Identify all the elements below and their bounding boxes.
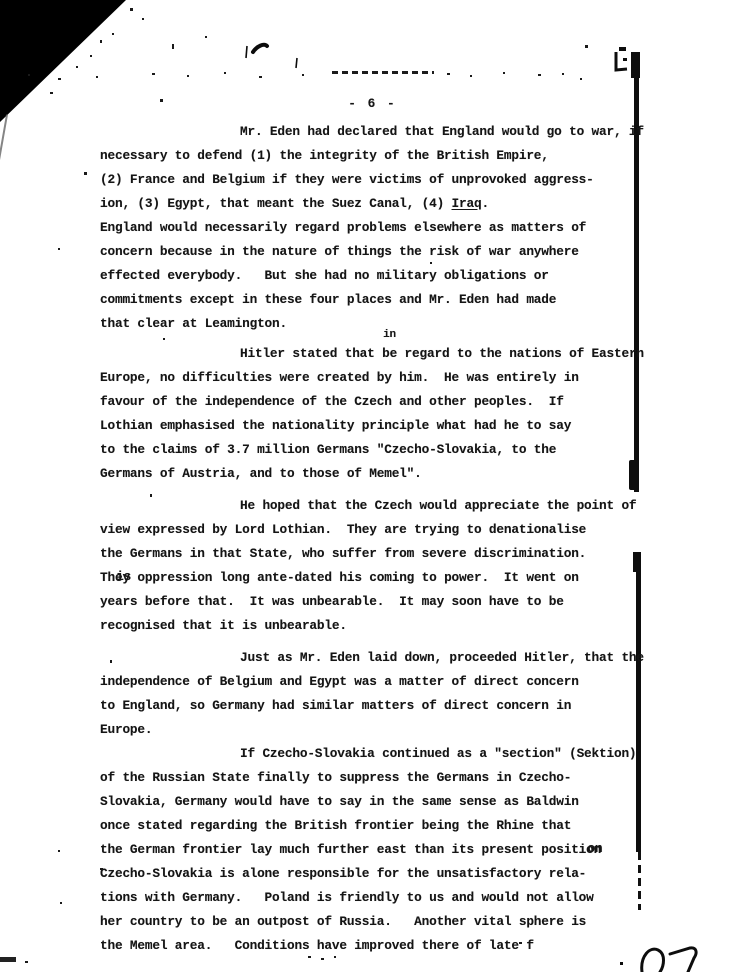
text-line: view expressed by Lord Lothian. They are… (100, 518, 645, 542)
text-line: Czecho-Slovakia is alone responsible for… (100, 862, 645, 886)
page-number: - 6 - (100, 92, 645, 116)
binding-edge-artifact (631, 52, 640, 78)
typewritten-text: - 6 - Mr. Eden had declared that England… (100, 92, 645, 958)
text-line: (2) France and Belgium if they were vict… (100, 168, 645, 192)
text-line: commitments except in these four places … (100, 288, 645, 312)
text-line: of the Russian State finally to suppress… (100, 766, 645, 790)
text-line: once stated regarding the British fronti… (100, 814, 645, 838)
text-line: Hitler stated that inbe regard to the na… (100, 342, 645, 366)
text-line: the German frontier lay much further eas… (100, 838, 645, 862)
text-line: tions with Germany. Poland is friendly t… (100, 886, 645, 910)
text-line: years before that. It was unbearable. It… (100, 590, 645, 614)
text-line: Germans of Austria, and to those of Meme… (100, 462, 645, 486)
text-line: that clear at Leamington. (100, 312, 645, 336)
text-line: Lothian emphasised the nationality princ… (100, 414, 645, 438)
text-line: He hoped that the Czech would appreciate… (100, 494, 645, 518)
text-line: necessary to defend (1) the integrity of… (100, 144, 645, 168)
text-line: independence of Belgium and Egypt was a … (100, 670, 645, 694)
paragraph-czech-denationalise: He hoped that the Czech would appreciate… (100, 494, 645, 638)
paragraph-direct-concern: Just as Mr. Eden laid down, proceeded Hi… (100, 646, 645, 742)
text-line: to England, so Germany had similar matte… (100, 694, 645, 718)
text-line: ion, (3) Egypt, that meant the Suez Cana… (100, 192, 645, 216)
text-line: Mr. Eden had declared that England would… (100, 120, 645, 144)
pen-squiggle-mark (240, 38, 304, 72)
corner-fold-fringe (0, 114, 8, 171)
text-line: England would necessarily regard problem… (100, 216, 645, 240)
bottom-edge-mark (0, 957, 16, 962)
underlined-word: Iraq (452, 196, 482, 211)
typed-correction: inbe (382, 342, 397, 366)
scanned-document-page: { "doc": { "page_number": "- 6 -", "p1":… (0, 0, 750, 972)
text-line: effected everybody. But she had no milit… (100, 264, 645, 288)
text-line: favour of the independence of the Czech … (100, 390, 645, 414)
text-line: concern because in the nature of things … (100, 240, 645, 264)
text-line: recognised that it is unbearable. (100, 614, 645, 638)
stamp-e-mark (610, 44, 634, 76)
paragraph-czecho-slovakia-frontier: If Czecho-Slovakia continued as a "secti… (100, 742, 645, 958)
dotted-line-artifact (332, 71, 434, 74)
text-line: Europe, no difficulties were created by … (100, 366, 645, 390)
text-line: her country to be an outpost of Russia. … (100, 910, 645, 934)
text-line: If Czecho-Slovakia continued as a "secti… (100, 742, 645, 766)
paragraph-hitler-eastern-europe: Hitler stated that inbe regard to the na… (100, 342, 645, 486)
typed-overstrike: onon (586, 838, 601, 862)
text-line: Europe. (100, 718, 645, 742)
text-line: Slovakia, Germany would have to say in t… (100, 790, 645, 814)
text-line: the Germans in that State, who suffer fr… (100, 542, 645, 566)
text-line: Just as Mr. Eden laid down, proceeded Hi… (100, 646, 645, 670)
text-line: to the claims of 3.7 million Germans "Cz… (100, 438, 645, 462)
typed-overstrike: isey (115, 566, 130, 590)
text-line: the Memel area. Conditions have improved… (100, 934, 645, 958)
text-line: Thisey oppression long ante-dated his co… (100, 566, 645, 590)
paragraph-eden-declaration: Mr. Eden had declared that England would… (100, 120, 645, 336)
